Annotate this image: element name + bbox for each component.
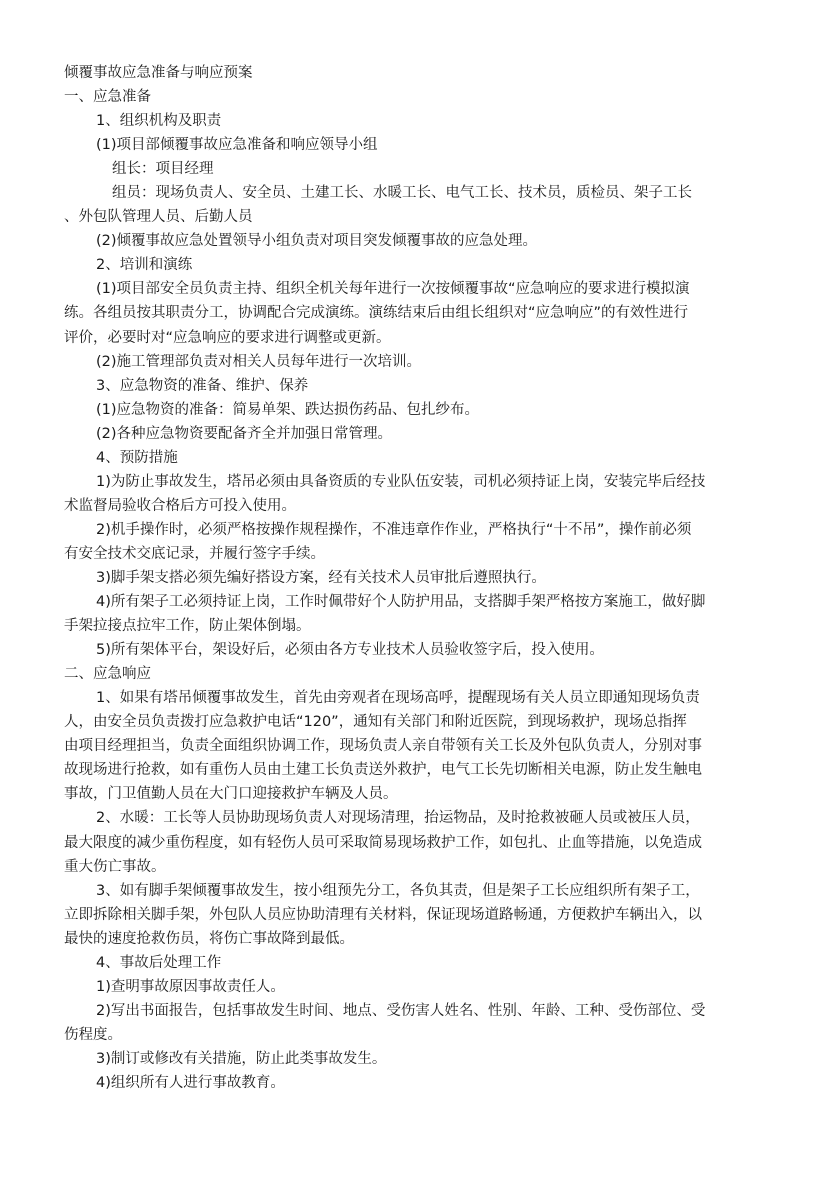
paragraph-line: 组员：现场负责人、安全员、土建工长、水暖工长、电气工长、技术员，质检员、架子工长 — [64, 181, 776, 205]
paragraph-line: 事故，门卫值勤人员在大门口迎接救护车辆及人员。 — [64, 782, 776, 806]
paragraph-line: (1)应急物资的准备：简易单架、跌达损伤药品、包扎纱布。 — [64, 398, 776, 422]
section-heading: 一、应急准备 — [64, 85, 776, 109]
paragraph-line: 最快的速度抢救伤员，将伤亡事故降到最低。 — [64, 927, 776, 951]
paragraph-line: 1、组织机构及职责 — [64, 109, 776, 133]
paragraph-line: (1)项目部倾覆事故应急准备和响应领导小组 — [64, 133, 776, 157]
paragraph-line: 2)机手操作时，必须严格按操作规程操作，不准违章作作业，严格执行“十不吊”，操作… — [64, 518, 776, 542]
paragraph-line: 3、如有脚手架倾覆事故发生，按小组预先分工，各负其责，但是架子工长应组织所有架子… — [64, 879, 776, 903]
paragraph-line: (2)各种应急物资要配备齐全并加强日常管理。 — [64, 422, 776, 446]
paragraph-line: 有安全技术交底记录，并履行签字手续。 — [64, 542, 776, 566]
paragraph-line: 1)查明事故原因事故责任人。 — [64, 975, 776, 999]
paragraph-line: 由项目经理担当，负责全面组织协调工作，现场负责人亲自带领有关工长及外包队负责人，… — [64, 734, 776, 758]
paragraph-line: 2)写出书面报告，包括事故发生时间、地点、受伤害人姓名、性别、年龄、工种、受伤部… — [64, 999, 776, 1023]
paragraph-line: 练。各组员按其职责分工，协调配合完成演练。演练结束后由组长组织对“应急响应”的有… — [64, 301, 776, 325]
paragraph-line: 立即拆除相关脚手架，外包队人员应协助清理有关材料，保证现场道路畅通，方便救护车辆… — [64, 903, 776, 927]
paragraph-line: 手架拉接点拉牢工作，防止架体倒塌。 — [64, 614, 776, 638]
document-body: 倾覆事故应急准备与响应预案一、应急准备1、组织机构及职责(1)项目部倾覆事故应急… — [64, 61, 776, 1095]
paragraph-line: 组长：项目经理 — [64, 157, 776, 181]
paragraph-line: 1、如果有塔吊倾覆事故发生，首先由旁观者在现场高呼，提醒现场有关人员立即通知现场… — [64, 686, 776, 710]
paragraph-line: 3)制订或修改有关措施，防止此类事故发生。 — [64, 1047, 776, 1071]
paragraph-line: 、外包队管理人员、后勤人员 — [64, 205, 776, 229]
paragraph-line: 4)组织所有人进行事故教育。 — [64, 1071, 776, 1095]
document-title: 倾覆事故应急准备与响应预案 — [64, 61, 776, 85]
paragraph-line: 4、预防措施 — [64, 446, 776, 470]
section-heading: 二、应急响应 — [64, 662, 776, 686]
paragraph-line: 3、应急物资的准备、维护、保养 — [64, 374, 776, 398]
paragraph-line: 4、事故后处理工作 — [64, 951, 776, 975]
paragraph-line: (2)倾覆事故应急处置领导小组负责对项目突发倾覆事故的应急处理。 — [64, 229, 776, 253]
paragraph-line: 5)所有架体平台，架设好后，必须由各方专业技术人员验收签字后，投入使用。 — [64, 638, 776, 662]
paragraph-line: 重大伤亡事故。 — [64, 855, 776, 879]
paragraph-line: 2、培训和演练 — [64, 253, 776, 277]
paragraph-line: 术监督局验收合格后方可投入使用。 — [64, 494, 776, 518]
paragraph-line: 3)脚手架支搭必须先编好搭设方案，经有关技术人员审批后遵照执行。 — [64, 566, 776, 590]
paragraph-line: 2、水暖：工长等人员协助现场负责人对现场清理，抬运物品，及时抢救被砸人员或被压人… — [64, 806, 776, 830]
paragraph-line: 1)为防止事故发生，塔吊必须由具备资质的专业队伍安装，司机必须持证上岗，安装完毕… — [64, 470, 776, 494]
paragraph-line: 伤程度。 — [64, 1023, 776, 1047]
paragraph-line: (2)施工管理部负责对相关人员每年进行一次培训。 — [64, 350, 776, 374]
paragraph-line: 最大限度的减少重伤程度，如有轻伤人员可采取简易现场救护工作，如包扎、止血等措施，… — [64, 831, 776, 855]
paragraph-line: 评价，必要时对“应急响应的要求进行调整或更新。 — [64, 326, 776, 350]
paragraph-line: 故现场进行抢救，如有重伤人员由土建工长负责送外救护，电气工长先切断相关电源，防止… — [64, 758, 776, 782]
paragraph-line: (1)项目部安全员负责主持、组织全机关每年进行一次按倾覆事故“应急响应的要求进行… — [64, 277, 776, 301]
paragraph-line: 人，由安全员负责拨打应急救护电话“120”，通知有关部门和附近医院，到现场救护，… — [64, 710, 776, 734]
paragraph-line: 4)所有架子工必须持证上岗，工作时佩带好个人防护用品，支搭脚手架严格按方案施工，… — [64, 590, 776, 614]
